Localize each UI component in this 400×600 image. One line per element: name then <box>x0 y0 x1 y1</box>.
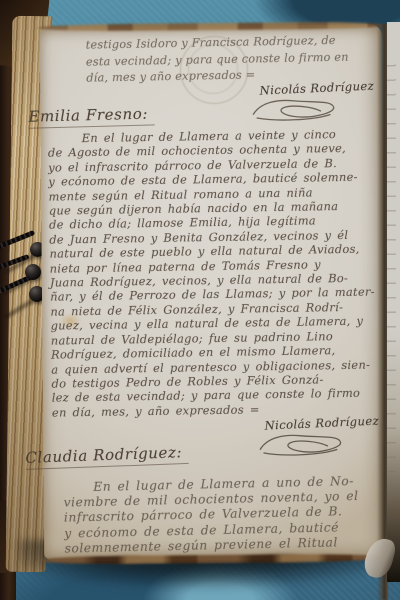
binding-knot-ball-icon <box>25 264 41 280</box>
record-heading-claudia: Claudia Rodríguez: <box>25 443 188 470</box>
previous-record-closing: testigos Isidoro y Francisca Rodríguez, … <box>86 32 375 87</box>
facing-page-text-marks <box>387 52 396 472</box>
signature-rubric-flourish-icon <box>253 430 349 459</box>
signature-rubric-flourish-icon <box>246 95 342 124</box>
baptism-record-emilia: En el lugar de Llamera a veinte y cincod… <box>48 126 384 419</box>
scorch-mark <box>242 553 316 564</box>
facing-page-sliver <box>387 22 400 582</box>
scorch-mark <box>100 556 154 564</box>
record-heading-emilia: Emilia Fresno: <box>28 104 154 128</box>
baptism-record-claudia: En el lugar de Llamera a uno de No-viemb… <box>63 473 385 556</box>
manuscript-page: testigos Isidoro y Francisca Rodríguez, … <box>40 25 387 562</box>
manuscript-photo: testigos Isidoro y Francisca Rodríguez, … <box>0 0 400 600</box>
